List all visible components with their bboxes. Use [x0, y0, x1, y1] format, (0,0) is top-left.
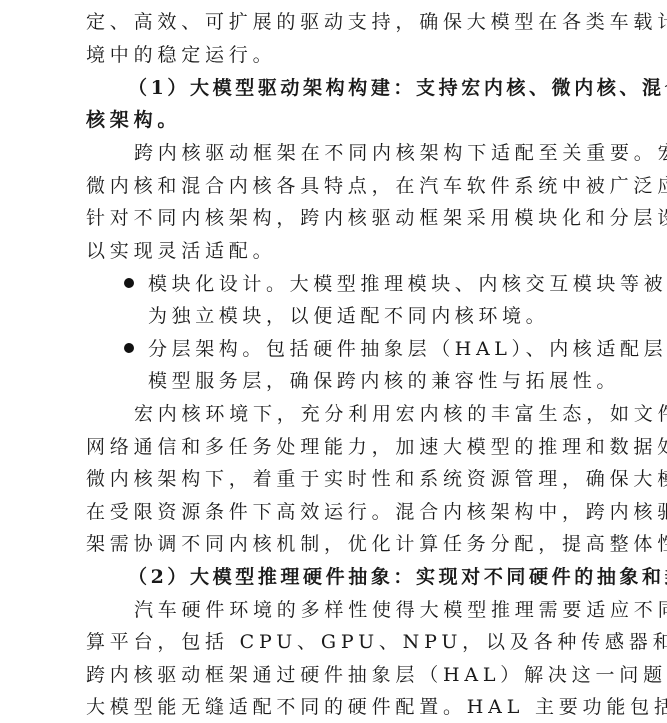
intro-line-1: 定、高效、可扩展的驱动支持，确保大模型在各类车载计算环 — [86, 6, 667, 38]
bullet-1-line-1: 模块化设计。大模型推理模块、内核交互模块等被封装 — [148, 268, 667, 300]
section2-para1-line-4: 大模型能无缝适配不同的硬件配置。HAL 主要功能包括： — [86, 691, 667, 723]
section1-para2-line-1: 宏内核环境下，充分利用宏内核的丰富生态，如文件系统、 — [134, 398, 667, 430]
section1-heading-line-2: 核架构。 — [86, 104, 181, 136]
bullet-1-line-2: 为独立模块，以便适配不同内核环境。 — [148, 300, 549, 332]
section1-heading-line-1: （1）大模型驱动架构构建：支持宏内核、微内核、混合内 — [128, 72, 667, 104]
bullet-2-line-2: 模型服务层，确保跨内核的兼容性与拓展性。 — [148, 365, 620, 397]
section1-para2-line-5: 架需协调不同内核机制，优化计算任务分配，提高整体性能。 — [86, 528, 667, 560]
bullet-dot-icon — [124, 343, 134, 353]
section1-para1-line-3: 针对不同内核架构，跨内核驱动框架采用模块化和分层设计， — [86, 202, 667, 234]
section1-para1-line-4: 以实现灵活适配。 — [86, 235, 276, 267]
section1-para1-line-2: 微内核和混合内核各具特点，在汽车软件系统中被广泛应用。 — [86, 170, 667, 202]
intro-line-2: 境中的稳定运行。 — [86, 39, 276, 71]
section2-para1-line-2: 算平台，包括 CPU、GPU、NPU，以及各种传感器和执行器。 — [86, 626, 667, 658]
document-page: 定、高效、可扩展的驱动支持，确保大模型在各类车载计算环 境中的稳定运行。 （1）… — [0, 0, 667, 723]
section2-para1-line-1: 汽车硬件环境的多样性使得大模型推理需要适应不同的计 — [134, 594, 667, 626]
bullet-dot-icon — [124, 278, 134, 288]
section1-para2-line-3: 微内核架构下，着重于实时性和系统资源管理，确保大模型能 — [86, 463, 667, 495]
section2-heading: （2）大模型推理硬件抽象：实现对不同硬件的抽象和封装。 — [128, 561, 667, 593]
bullet-2-line-1: 分层架构。包括硬件抽象层（HAL）、内核适配层和大 — [148, 333, 667, 365]
section2-para1-line-3: 跨内核驱动框架通过硬件抽象层（HAL）解决这一问题，使得 — [86, 659, 667, 691]
section1-para1-line-1: 跨内核驱动框架在不同内核架构下适配至关重要。宏内核、 — [134, 137, 667, 169]
section1-para2-line-4: 在受限资源条件下高效运行。混合内核架构中，跨内核驱动框 — [86, 496, 667, 528]
section1-para2-line-2: 网络通信和多任务处理能力，加速大模型的推理和数据处理。 — [86, 431, 667, 463]
